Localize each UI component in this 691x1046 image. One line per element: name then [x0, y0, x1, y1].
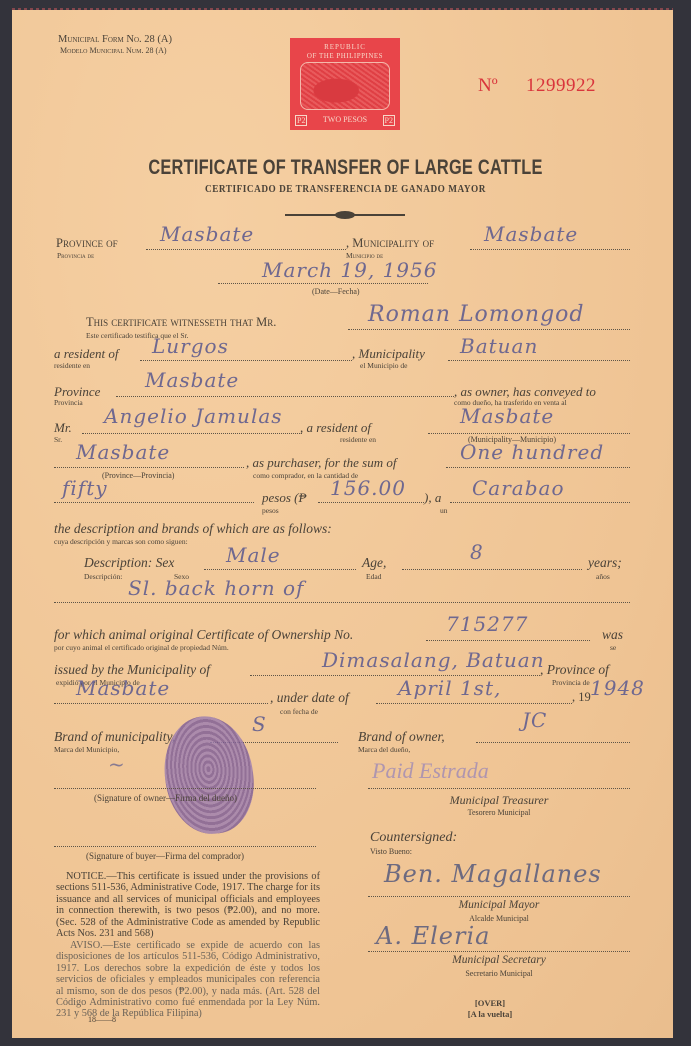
revenue-stamp: REPUBLIC OF THE PHILIPPINES P2 TWO PESOS…	[290, 38, 400, 130]
municipality-line	[470, 249, 630, 250]
owner-province-line	[116, 396, 454, 397]
municipality-value[interactable]: Masbate	[484, 222, 578, 246]
mayor-signature-line[interactable]	[368, 896, 630, 897]
mayor-signature: Ben. Magallanes	[384, 860, 602, 888]
brand-municipality-label: Brand of municipality,	[54, 729, 175, 745]
owner-municipality-line	[448, 360, 630, 361]
under-date-value[interactable]: April 1st,	[398, 676, 501, 700]
treasurer-label: Municipal Treasurer	[368, 793, 630, 808]
province-value[interactable]: Masbate	[160, 222, 254, 246]
treasurer-label-es: Tesorero Municipal	[368, 808, 630, 817]
owner-province-label-es: Provincia	[54, 398, 83, 407]
age-line	[402, 569, 582, 570]
a-label-es: un	[440, 506, 448, 515]
stamp-line1: REPUBLIC	[292, 43, 398, 51]
purchaser-name-value[interactable]: Angelio Jamulas	[104, 404, 283, 428]
purchaser-resident-label-es: residente en	[340, 435, 376, 444]
secretary-signature-line[interactable]	[368, 951, 630, 952]
serial-number: 1299922	[526, 75, 596, 97]
aviso-text: AVISO.—Este certificado se expide de acu…	[56, 940, 320, 1020]
over-label-es: [A la vuelta]	[440, 1009, 540, 1019]
ownership-label-es: por cuyo animal el certificado original …	[54, 643, 229, 652]
owner-municipality-value[interactable]: Batuan	[460, 334, 538, 358]
age-label-es: Edad	[366, 572, 381, 581]
sum-words-value-1[interactable]: One hundred	[460, 440, 604, 464]
years-label-es: años	[596, 572, 610, 581]
stamp-value-text: TWO PESOS	[323, 115, 367, 126]
purchaser-province-line	[54, 467, 244, 468]
age-value[interactable]: 8	[470, 540, 484, 564]
secretary-label-es: Secretario Municipal	[368, 969, 630, 978]
buyer-signature-label: (Signature of buyer—Firma del comprador)	[86, 851, 244, 861]
a-label: ), a	[424, 490, 441, 506]
sum-words-line-2	[54, 502, 254, 503]
description-value[interactable]: Sl. back horn of	[128, 576, 304, 600]
owner-name-line	[348, 329, 630, 330]
years-label: years;	[588, 555, 622, 571]
purchaser-name-line	[82, 433, 302, 434]
form-number: Municipal Form No. 28 (A)	[58, 34, 172, 45]
brand-owner-label-es: Marca del dueño,	[358, 745, 410, 754]
issued-province-line	[54, 703, 268, 704]
description-label-es: Descripción:	[84, 572, 122, 581]
treasurer-paid-stamp: Paid Estrada	[372, 758, 489, 784]
was-label: was	[602, 627, 623, 643]
under-date-label-es: con fecha de	[280, 707, 318, 716]
notice-text: NOTICE.—This certificate is issued under…	[56, 871, 320, 939]
secretary-label: Municipal Secretary	[368, 954, 630, 966]
age-label: Age,	[362, 555, 386, 571]
description-intro: the description and brands of which are …	[54, 521, 332, 537]
buyer-signature-line[interactable]	[54, 846, 316, 847]
under-date-label: , under date of	[270, 690, 349, 706]
mr-label-es: Sr.	[54, 435, 62, 444]
issued-value[interactable]: Dimasalang, Batuan	[322, 648, 545, 672]
owner-signature-line[interactable]	[54, 788, 316, 789]
issued-province-value[interactable]: Masbate	[76, 676, 170, 700]
purchaser-municipality-line	[428, 433, 630, 434]
animal-line	[450, 502, 630, 503]
owner-signature: ~	[108, 752, 126, 776]
issued-province-label-es: Provincia de	[552, 678, 590, 687]
owner-municipality-label-es: el Municipio de	[360, 361, 408, 370]
date-line	[218, 283, 428, 284]
ornament-divider	[285, 214, 405, 216]
sum-amount-line	[318, 502, 424, 503]
countersigned-label-es: Visto Bueno:	[370, 847, 412, 856]
pesos-label: pesos (₱	[262, 490, 306, 506]
ownership-label: for which animal original Certificate of…	[54, 627, 353, 643]
print-code: 18——8	[88, 1015, 116, 1024]
animal-value[interactable]: Carabao	[472, 476, 564, 500]
municipality-label: , Municipality of	[346, 236, 434, 251]
sex-line	[204, 569, 356, 570]
brand-owner-label: Brand of owner,	[358, 729, 445, 745]
stamp-line2: OF THE PHILIPPINES	[292, 52, 398, 60]
year-prefix: , 19	[572, 690, 591, 705]
pesos-label-es: pesos	[262, 506, 279, 515]
resident-line	[140, 360, 352, 361]
resident-label: a resident of	[54, 346, 119, 362]
witness-label: This certificate witnesseth that Mr.	[86, 315, 276, 329]
stamp-value-left: P2	[295, 115, 307, 126]
province-label-es: Provincia de	[57, 251, 94, 260]
purchaser-province-value[interactable]: Masbate	[76, 440, 170, 464]
under-date-line	[376, 703, 572, 704]
owner-name-value[interactable]: Roman Lomongod	[368, 302, 585, 327]
was-label-es: se	[610, 643, 616, 652]
date-value[interactable]: March 19, 1956	[262, 258, 437, 282]
brand-owner-line	[476, 742, 630, 743]
mayor-label: Municipal Mayor	[368, 899, 630, 911]
purchaser-resident-label: , a resident of	[300, 420, 371, 436]
purchaser-municipality-value[interactable]: Masbate	[460, 404, 554, 428]
purchaser-label: , as purchaser, for the sum of	[246, 455, 396, 471]
purchaser-province-hint: (Province—Provincia)	[102, 471, 174, 480]
description-label: Description: Sex	[84, 555, 174, 571]
document-title: CERTIFICATE OF TRANSFER OF LARGE CATTLE	[76, 156, 615, 180]
serial-prefix: Nº	[478, 75, 498, 97]
resident-value[interactable]: Lurgos	[152, 334, 229, 358]
owner-municipality-label: , Municipality	[352, 346, 425, 362]
sex-value[interactable]: Male	[226, 543, 281, 567]
sum-words-value-2[interactable]: fifty	[62, 476, 108, 500]
province-label: Province of	[56, 236, 118, 251]
resident-label-es: residente en	[54, 361, 90, 370]
treasurer-signature-line[interactable]	[368, 788, 630, 789]
under-date-year[interactable]: 1948	[590, 676, 645, 700]
brand-municipality-value[interactable]: S	[252, 712, 267, 736]
countersigned-label: Countersigned:	[370, 830, 457, 846]
ownership-value[interactable]: 715277	[446, 612, 528, 636]
sum-amount-value[interactable]: 156.00	[330, 476, 406, 500]
owner-signature-label: (Signature of owner—Firma del dueño)	[94, 793, 237, 803]
owner-province-value[interactable]: Masbate	[145, 368, 239, 392]
document-subtitle: CERTIFICADO DE TRANSFERENCIA DE GANADO M…	[41, 184, 649, 195]
stamp-vignette-icon	[300, 62, 390, 110]
form-number-es: Modelo Municipal Num. 28 (A)	[60, 46, 167, 55]
secretary-signature: A. Eleria	[376, 922, 490, 950]
stamp-value-right: P2	[383, 115, 395, 126]
description-line	[54, 602, 630, 603]
mr-label: Mr.	[54, 420, 72, 436]
province-line	[146, 249, 346, 250]
date-label: (Date—Fecha)	[312, 287, 360, 296]
sum-words-line-1	[446, 467, 630, 468]
brand-owner-value[interactable]: JC	[522, 708, 547, 732]
over-label: [OVER]	[440, 998, 540, 1008]
ownership-line	[426, 640, 590, 641]
description-intro-es: cuya descripción y marcas son como sigue…	[54, 537, 188, 546]
